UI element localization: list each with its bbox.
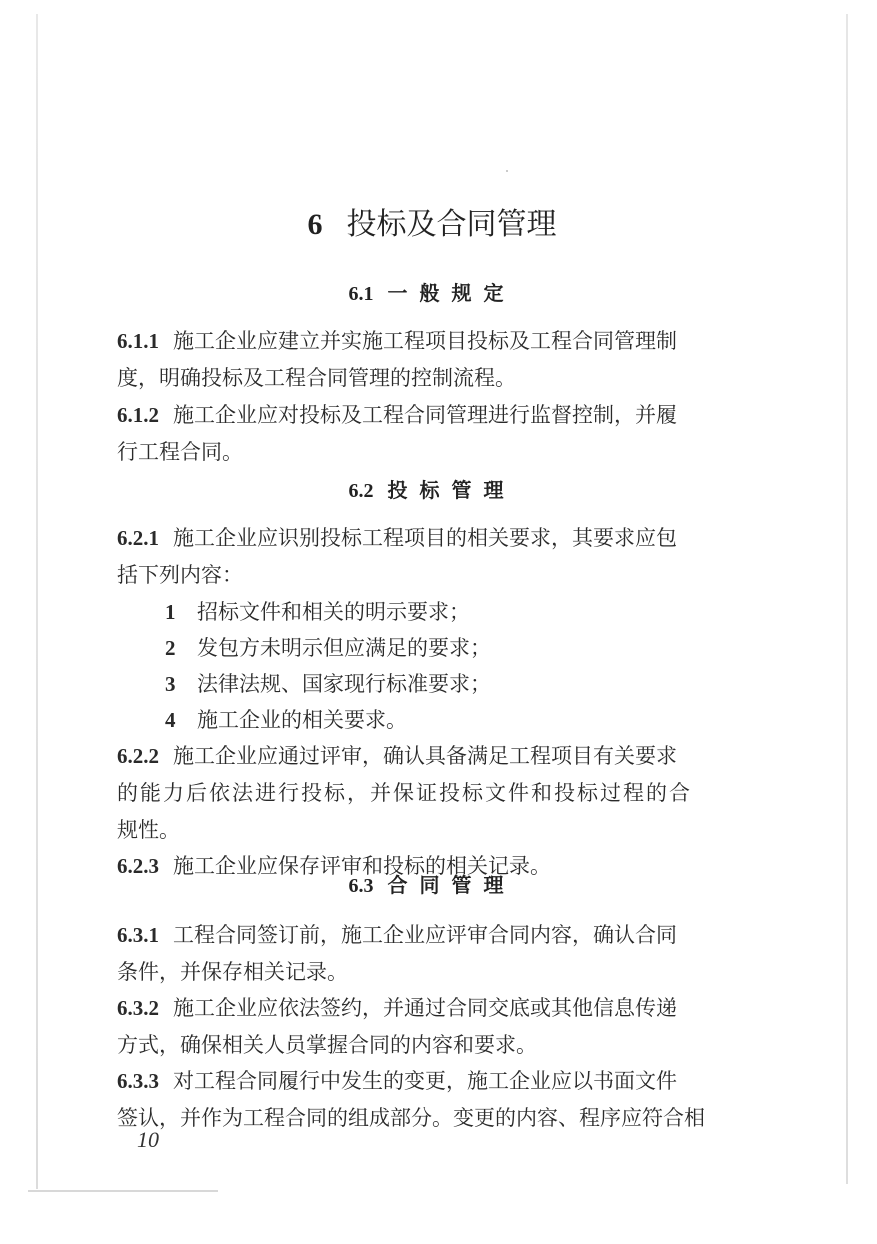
clause-6-3-1: 6.3.1工程合同签订前，施工企业应评审合同内容，确认合同 条件，并保存相关记录… xyxy=(117,917,747,991)
clause-number: 6.3.3 xyxy=(117,1069,159,1093)
list-item-number: 1 xyxy=(165,594,197,631)
clause-6-1-2: 6.1.2施工企业应对投标及工程合同管理进行监督控制，并履 行工程合同。 xyxy=(117,397,747,471)
clause-text: 施工企业应依法签约，并通过合同交底或其他信息传递 xyxy=(173,996,677,1020)
list-item-number: 3 xyxy=(165,666,197,703)
clause-text: 施工企业应建立并实施工程项目投标及工程合同管理制 xyxy=(173,329,677,353)
clause-6-3-2: 6.3.2施工企业应依法签约，并通过合同交底或其他信息传递 方式，确保相关人员掌… xyxy=(117,990,747,1064)
clause-text: 条件，并保存相关记录。 xyxy=(117,954,747,991)
section-number: 6.2 xyxy=(349,480,374,502)
scan-edge-bottom xyxy=(28,1190,218,1192)
list-item: 3法律法规、国家现行标准要求； xyxy=(165,666,491,703)
scan-edge-right xyxy=(846,14,848,1184)
clause-number: 6.2.1 xyxy=(117,526,159,550)
clause-text: 施工企业应对投标及工程合同管理进行监督控制，并履 xyxy=(173,403,677,427)
clause-text: 括下列内容： xyxy=(117,557,747,594)
list-item: 1招标文件和相关的明示要求； xyxy=(165,594,470,631)
list-item-text: 法律法规、国家现行标准要求； xyxy=(197,672,491,696)
clause-6-1-1: 6.1.1施工企业应建立并实施工程项目投标及工程合同管理制 度，明确投标及工程合… xyxy=(117,323,747,397)
section-number: 6.1 xyxy=(349,283,374,305)
scan-edge-left xyxy=(36,14,38,1189)
clause-number: 6.2.2 xyxy=(117,744,159,768)
scan-speck xyxy=(506,170,508,172)
clause-text: 签认，并作为工程合同的组成部分。变更的内容、程序应符合相 xyxy=(117,1100,747,1137)
clause-number: 6.1.1 xyxy=(117,329,159,353)
clause-text: 施工企业应识别投标工程项目的相关要求，其要求应包 xyxy=(173,526,677,550)
list-item: 4施工企业的相关要求。 xyxy=(165,702,407,739)
clause-6-2-2: 6.2.2施工企业应通过评审，确认具备满足工程项目有关要求 的能力后依法进行投标… xyxy=(117,738,747,849)
list-item-number: 4 xyxy=(165,702,197,739)
section-title-text: 合同管理 xyxy=(388,873,516,897)
clause-number: 6.3.1 xyxy=(117,923,159,947)
clause-text: 对工程合同履行中发生的变更，施工企业应以书面文件 xyxy=(173,1069,677,1093)
list-item-text: 招标文件和相关的明示要求； xyxy=(197,600,470,624)
list-item-text: 发包方未明示但应满足的要求； xyxy=(197,636,491,660)
section-title-text: 投标管理 xyxy=(388,478,516,502)
section-title-text: 一般规定 xyxy=(388,281,516,305)
clause-6-3-3: 6.3.3对工程合同履行中发生的变更，施工企业应以书面文件 签认，并作为工程合同… xyxy=(117,1063,747,1137)
chapter-title-text: 投标及合同管理 xyxy=(347,207,557,242)
clause-text: 规性。 xyxy=(117,812,747,849)
section-title-6-3: 6.3合同管理 xyxy=(117,871,747,900)
clause-text: 的能力后依法进行投标，并保证投标文件和投标过程的合 xyxy=(117,775,747,812)
page-number: 10 xyxy=(137,1127,159,1153)
clause-6-2-1: 6.2.1施工企业应识别投标工程项目的相关要求，其要求应包 括下列内容： xyxy=(117,520,747,594)
chapter-title: 6投标及合同管理 xyxy=(117,205,747,245)
list-item: 2发包方未明示但应满足的要求； xyxy=(165,630,491,667)
list-item-text: 施工企业的相关要求。 xyxy=(197,708,407,732)
clause-text: 工程合同签订前，施工企业应评审合同内容，确认合同 xyxy=(173,923,677,947)
clause-text: 度，明确投标及工程合同管理的控制流程。 xyxy=(117,360,747,397)
section-title-6-2: 6.2投标管理 xyxy=(117,476,747,505)
section-title-6-1: 6.1一般规定 xyxy=(117,279,747,308)
section-number: 6.3 xyxy=(349,875,374,897)
clause-number: 6.3.2 xyxy=(117,996,159,1020)
chapter-number: 6 xyxy=(308,208,323,241)
clause-text: 行工程合同。 xyxy=(117,434,747,471)
clause-text: 方式，确保相关人员掌握合同的内容和要求。 xyxy=(117,1027,747,1064)
clause-text: 施工企业应通过评审，确认具备满足工程项目有关要求 xyxy=(173,744,677,768)
clause-number: 6.1.2 xyxy=(117,403,159,427)
list-item-number: 2 xyxy=(165,630,197,667)
